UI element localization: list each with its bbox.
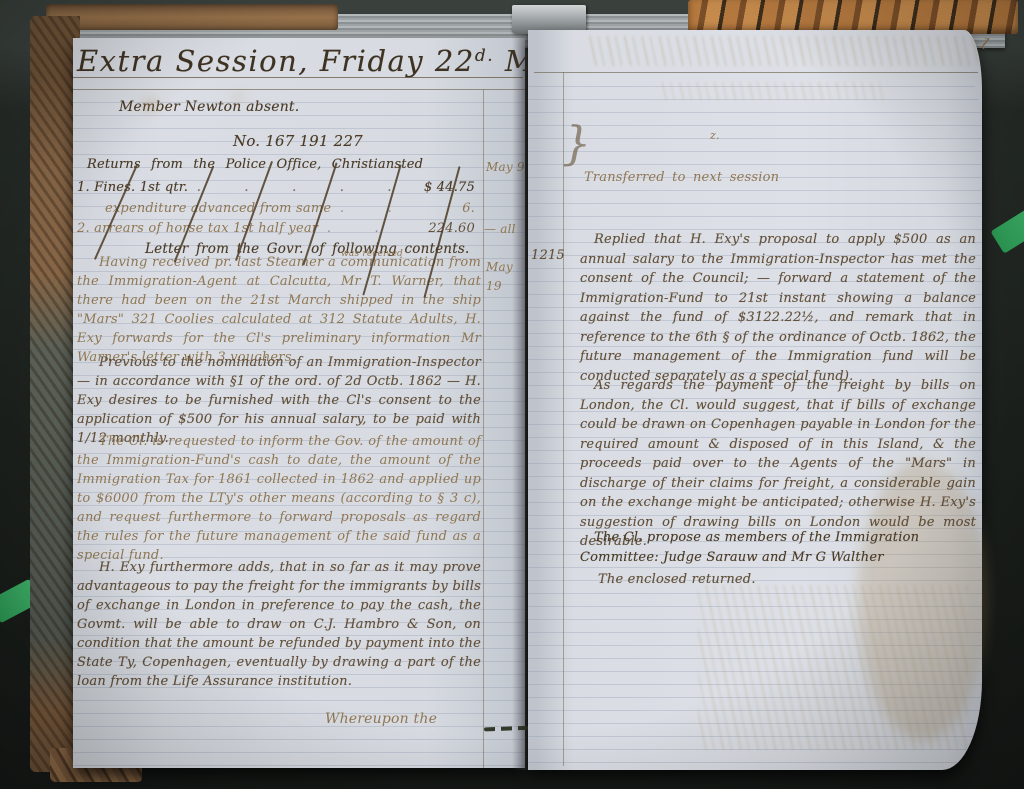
enclosures-returned-note: The enclosed returned. [598,570,756,589]
ink-bleedthrough-upper [658,82,888,100]
header-rule [73,89,525,90]
letter-paragraph-bills-of-exchange: H. Exy furthermore adds, that in so far … [77,558,481,691]
returns-value: 6. [411,199,475,218]
reply-paragraph-salary-consent: Replied that H. Exy's proposal to apply … [580,230,976,386]
right-page: 1 z. } Transferred to next session 1215 … [528,30,982,770]
ink-bleedthrough-top [588,36,978,66]
cover-edge-top-left [46,4,338,30]
returns-label: 1. Fines. 1st qtr. [77,178,188,197]
returns-label: expenditure advanced from same [105,199,331,218]
returns-value: $ 44.75 [411,178,475,197]
margin-bracket: } [562,134,591,153]
photograph-of-minute-book: Extra Session, Friday 22d. May 1863. Mem… [0,0,1024,789]
returns-row-arrears: 2. arrears of horse tax 1st half year . … [77,219,475,238]
paper-stain [143,100,157,110]
returns-row-expenditure: expenditure advanced from same . . . 6. [105,199,475,218]
dot-leader: . . . . . [188,178,411,197]
transfer-note: Transferred to next session [584,168,779,187]
cover-edge-top-right-marbled [688,0,1018,34]
returns-label: 2. arrears of horse tax 1st half year [77,219,318,238]
dot-leader: . . . [331,199,411,218]
heading-underline [73,77,523,78]
case-numbers: No. 167 191 227 [233,132,363,151]
letter-paragraph-fund-accounts: The Cl. is requested to inform the Gov. … [77,432,481,565]
closing-catchword: Whereupon the [325,710,437,729]
margin-rule [563,72,564,766]
section-mark: z. [710,126,720,145]
heading-superscript: d. [475,46,494,66]
metal-clasp [512,5,586,33]
heading-text: Extra Session, Friday 22 [77,44,475,78]
letter-paragraph-warner: Having received pr. last Steamer a commu… [77,253,481,367]
returns-title: Returns from the Police Office, Christia… [87,155,467,174]
reply-paragraph-committee-members: The Cl. propose as members of the Immigr… [580,528,976,567]
margin-minute-number: 1215 [531,246,565,265]
paper-stain [233,94,243,102]
dot-leader: . . [318,219,411,238]
margin-note-all: — all [484,220,516,239]
header-rule [534,72,978,73]
margin-rule [483,89,484,768]
table-stripe-right [990,208,1024,253]
reply-paragraph-freight-bills: As regards the payment of the freight by… [580,376,976,552]
returns-row-fines: 1. Fines. 1st qtr. . . . . . $ 44.75 [77,178,475,197]
left-page: Extra Session, Friday 22d. May 1863. Mem… [73,38,525,768]
